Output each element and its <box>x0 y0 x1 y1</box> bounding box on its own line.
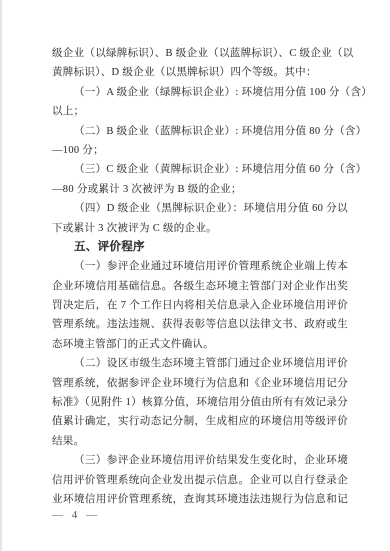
text-line: （二）B 级企业（蓝牌标识企业）: 环境信用分值 80 分（含） <box>52 122 348 141</box>
text-line: 管理系统。违法违规、获得表彰等信息以法律文书、政府或生 <box>52 315 348 334</box>
text-line: —100 分； <box>52 141 348 160</box>
text-line: 级企业（以绿牌标识）、B 级企业（以蓝牌标识）、C 级企业（以 <box>52 44 348 63</box>
document-page: 级企业（以绿牌标识）、B 级企业（以蓝牌标识）、C 级企业（以 黄牌标识）、D … <box>0 0 390 551</box>
text-line: 管理系统，依据参评企业环境行为信息和《企业环境信用记分 <box>52 374 348 393</box>
text-line: 结果。 <box>52 432 348 451</box>
text-block: 级企业（以绿牌标识）、B 级企业（以蓝牌标识）、C 级企业（以 黄牌标识）、D … <box>52 44 348 509</box>
text-line: （三）参评企业环境信用评价结果发生变化时，企业环境 <box>52 451 348 470</box>
text-line: 业环境信用评价管理系统，查询其环境违法违规行为信息和记 <box>52 490 348 509</box>
text-line: 企业环境信用基础信息。各级生态环境主管部门对企业作出奖 <box>52 277 348 296</box>
text-line: 标准》（见附件 1）核算分值，环境信用分值由所有有效记录分 <box>52 393 348 412</box>
scan-edge-shadow <box>0 0 2 551</box>
text-line: 值累计确定，实行动态记分制，生成相应的环境信用等级评价 <box>52 412 348 431</box>
text-line: 下或累计 3 次被评为 C 级的企业。 <box>52 219 348 238</box>
text-line: （三）C 级企业（黄牌标识企业）: 环境信用分值 60 分（含） <box>52 160 348 179</box>
text-line: 信用评价管理系统向企业发出提示信息。企业可以自行登录企 <box>52 471 348 490</box>
text-line: （一）A 级企业（绿牌标识企业）: 环境信用分值 100 分（含） <box>52 83 348 102</box>
text-line: 态环境主管部门的正式文件确认。 <box>52 335 348 354</box>
text-line: 罚决定后，在 7 个工作日内将相关信息录入企业环境信用评价 <box>52 296 348 315</box>
text-line: （二）设区市级生态环境主管部门通过企业环境信用评价 <box>52 354 348 373</box>
page-number: — 4 — <box>52 508 100 522</box>
text-line: （一）参评企业通过环境信用评价管理系统企业端上传本 <box>52 257 348 276</box>
text-line: —80 分或累计 3 次被评为 B 级的企业； <box>52 180 348 199</box>
text-line: 黄牌标识）、D 级企业（以黑牌标识）四个等级。其中： <box>52 63 348 82</box>
text-line: （四）D 级企业（黑牌标识企业）：环境信用分值 60 分以 <box>52 199 348 218</box>
section-heading: 五、评价程序 <box>52 238 348 257</box>
text-line: 以上； <box>52 102 348 121</box>
